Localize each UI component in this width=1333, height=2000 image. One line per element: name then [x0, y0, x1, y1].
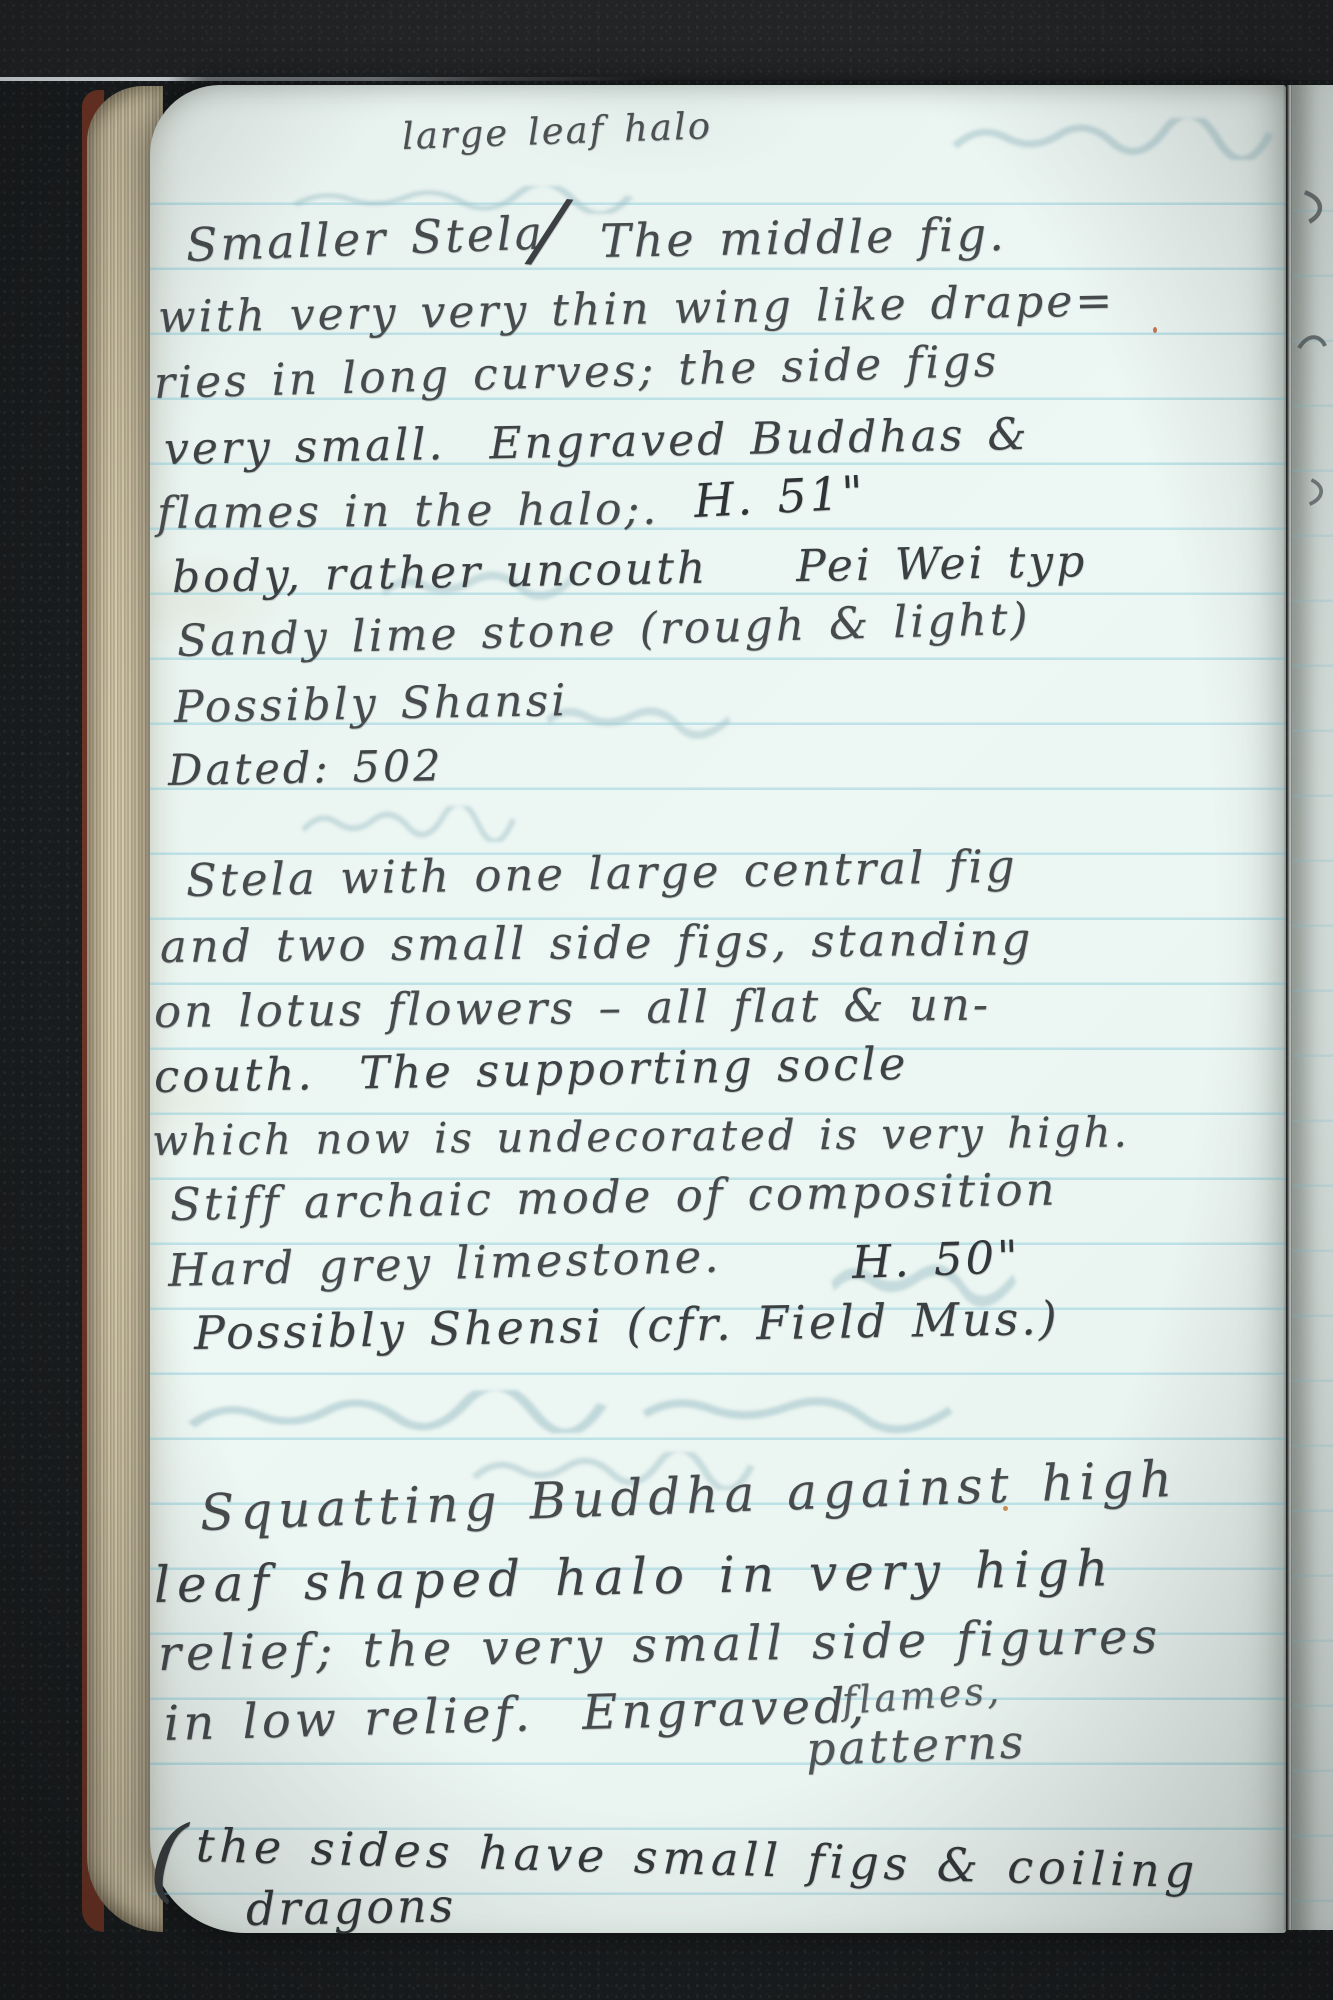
height-measurement: H. 51": [693, 469, 867, 524]
ink-showthrough: [544, 697, 735, 744]
gutter-shadow: [1283, 85, 1293, 1930]
handwriting-line: patterns: [805, 1718, 1027, 1772]
next-page-sliver: [1292, 85, 1333, 1930]
background-top-band: [0, 0, 1333, 80]
handwriting-line: flames in the halo;.: [157, 488, 660, 536]
height-measurement: H. 50": [851, 1234, 1021, 1285]
handwriting-line: Possibly Shansi: [174, 679, 569, 730]
next-page-ink-stroke: [1304, 470, 1332, 514]
ink-showthrough: [300, 806, 520, 842]
next-page-ruled-lines: [1292, 147, 1333, 1922]
ink-showthrough: [185, 1388, 616, 1439]
handwriting-line: Smaller Stela: [185, 209, 546, 268]
paper-speck: [1003, 1506, 1008, 1511]
paper-speck: [1153, 327, 1157, 333]
handwriting-line: Dated: 502: [168, 745, 444, 793]
inserted-word: flames,: [841, 1671, 1003, 1720]
handwriting-line: Hard grey limestone.: [167, 1234, 722, 1293]
handwriting-line: dragons: [246, 1882, 457, 1932]
handwriting-line: Stela with one large central fig: [186, 843, 1018, 903]
notebook-photo: large leaf halo Smaller Stela / The midd…: [0, 0, 1333, 2000]
next-page-ink-stroke: [1298, 190, 1332, 224]
next-page-ink-stroke: [1292, 326, 1332, 356]
addendum-parenthesis: (: [147, 1812, 189, 1906]
handwriting-line: which now is undecorated is very high.: [152, 1111, 1130, 1162]
handwriting-line: and two small side figs, standing: [160, 916, 1034, 969]
page-annotation: large leaf halo: [401, 107, 712, 155]
handwriting-line: couth. The supporting socle: [154, 1041, 909, 1099]
handwriting-line: on lotus flowers – all flat & un-: [154, 982, 991, 1034]
ink-showthrough: [950, 118, 1280, 160]
ink-showthrough: [640, 1385, 961, 1439]
top-highlight-line: [0, 77, 645, 81]
handwriting-line: The middle fig.: [600, 211, 1007, 264]
handwriting-line: Possibly Shensi (cfr. Field Mus.): [194, 1295, 1061, 1356]
